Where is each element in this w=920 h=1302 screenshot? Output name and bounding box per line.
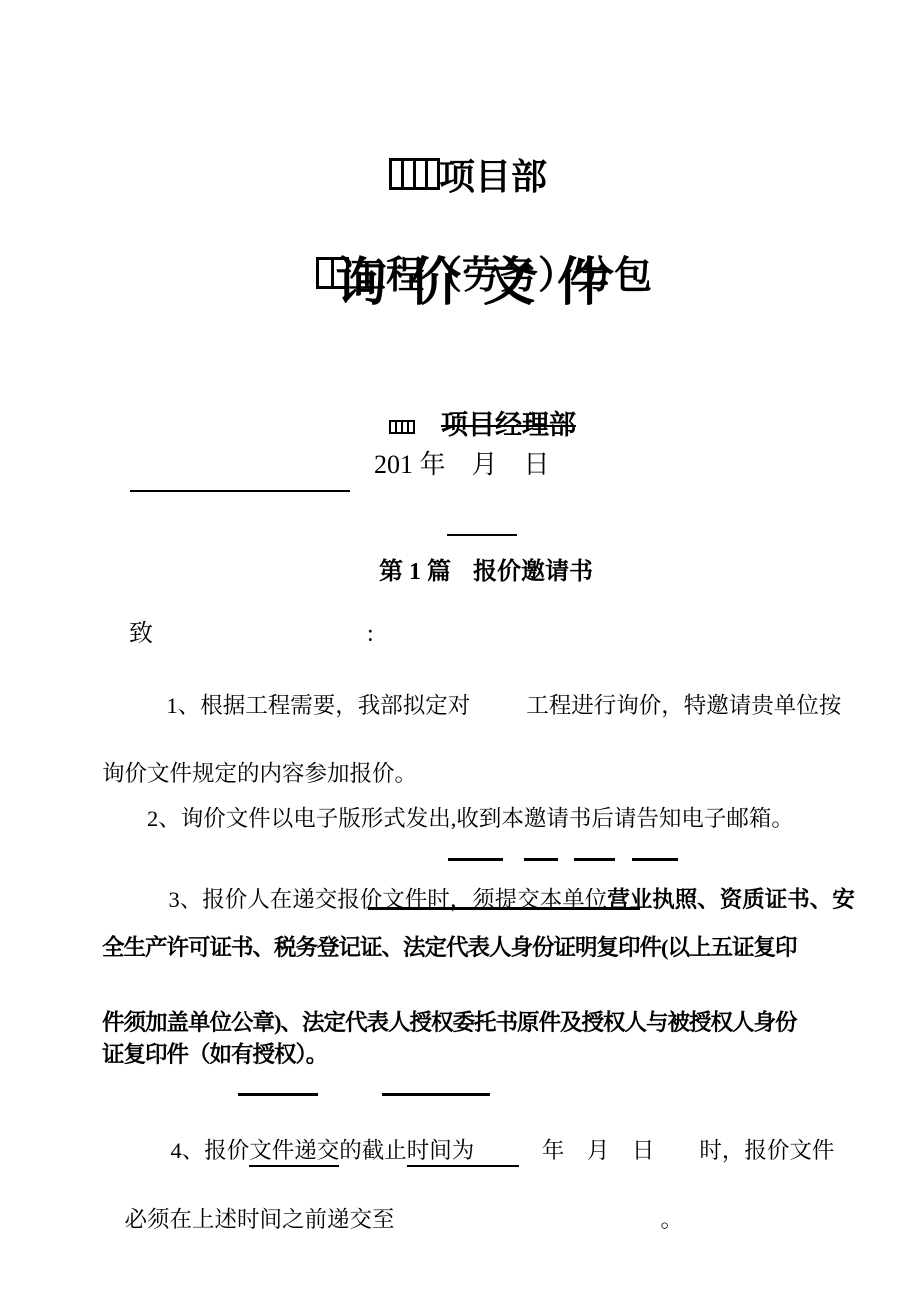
para4-line1-part1: 4、报价 — [171, 1138, 250, 1163]
deletion-mark-rule — [524, 858, 558, 861]
para3-line1: 3、报价人在递交报价文件时，须提交本单位营业执照、资质证书、安 — [146, 866, 855, 934]
blank-gap — [395, 1226, 661, 1227]
salutation-line: 致: — [105, 598, 374, 670]
section-heading-title: 报价邀请书 — [473, 559, 593, 585]
document-page: 项目部 工程（劳务）分包 询价文件 项目经理部 201 年 月 日 第 1 篇报… — [0, 0, 920, 1302]
para3-line1-bold: 营业执照、资质证书、安 — [607, 887, 855, 912]
para1-line1: 1、根据工程需要，我部拟定对工程进行询价，特邀请贵单位按 — [144, 672, 841, 740]
deletion-mark-rule — [382, 1093, 490, 1096]
placeholder-boxes — [389, 410, 413, 440]
para4-line1-underlined1: 文件递交 — [249, 1138, 339, 1167]
deletion-mark-rule — [574, 858, 615, 861]
blank-gap — [415, 433, 441, 434]
salutation-prefix: 致 — [129, 621, 153, 647]
blank-gap — [470, 712, 526, 713]
para4-line1: 4、报价文件递交的截止时间为 年 月 日 时，报价文件 — [148, 1117, 834, 1185]
fill-in-underline — [368, 907, 640, 910]
para1-line1-before-blank: 1、根据工程需要，我部拟定对 — [167, 693, 471, 718]
title-line-project-dept: 项目部 — [353, 122, 547, 231]
deletion-mark-rule — [448, 858, 503, 861]
para4-line2-text: 必须在上述时间之前递交至 — [125, 1207, 395, 1232]
para3-line3: 件须加盖单位公章)、法定代表人授权委托书原件及授权人与被授权人身份 — [102, 1012, 797, 1035]
para3-line2: 全生产许可证书、税务登记证、法定代表人身份证明复印件(以上五证复印 — [102, 937, 797, 960]
para3-line4: 证复印件（如有授权）。 — [102, 1044, 327, 1067]
para4-line1-underlined2: 时间为 — [407, 1138, 520, 1167]
para4-line2-period: 。 — [661, 1207, 684, 1232]
para4-line2: 必须在上述时间之前递交至。 — [102, 1186, 683, 1254]
blank-gap — [451, 578, 473, 579]
para1-line2: 询价文件规定的内容参加报价。 — [102, 763, 417, 786]
para4-line1-part3: 年 月 日 时，报价文件 — [519, 1138, 834, 1163]
blank-gap — [153, 640, 367, 641]
para2-line1: 2、询价文件以电子版形式发出,收到本邀请书后请告知电子邮箱。 — [147, 808, 794, 831]
deletion-mark-rule — [238, 1093, 318, 1096]
deletion-mark-rule — [447, 534, 517, 536]
section-heading: 第 1 篇报价邀请书 — [355, 536, 593, 608]
title-line-inquiry-document: 询价文件 — [335, 258, 631, 310]
section-heading-number: 第 1 篇 — [379, 559, 451, 585]
para4-line1-part2: 的截止 — [339, 1138, 407, 1163]
title-line-project-dept-text: 项目部 — [439, 157, 547, 197]
para1-line1-after-blank: 工程进行询价，特邀请贵单位按 — [526, 693, 841, 718]
salutation-colon: : — [367, 621, 374, 647]
signature-line-text-struck: 项目经理部 — [441, 410, 576, 440]
date-line: 201 年 月 日 — [374, 452, 550, 478]
fill-in-underline — [130, 490, 350, 492]
placeholder-boxes — [389, 157, 437, 197]
deletion-mark-rule — [632, 858, 678, 861]
